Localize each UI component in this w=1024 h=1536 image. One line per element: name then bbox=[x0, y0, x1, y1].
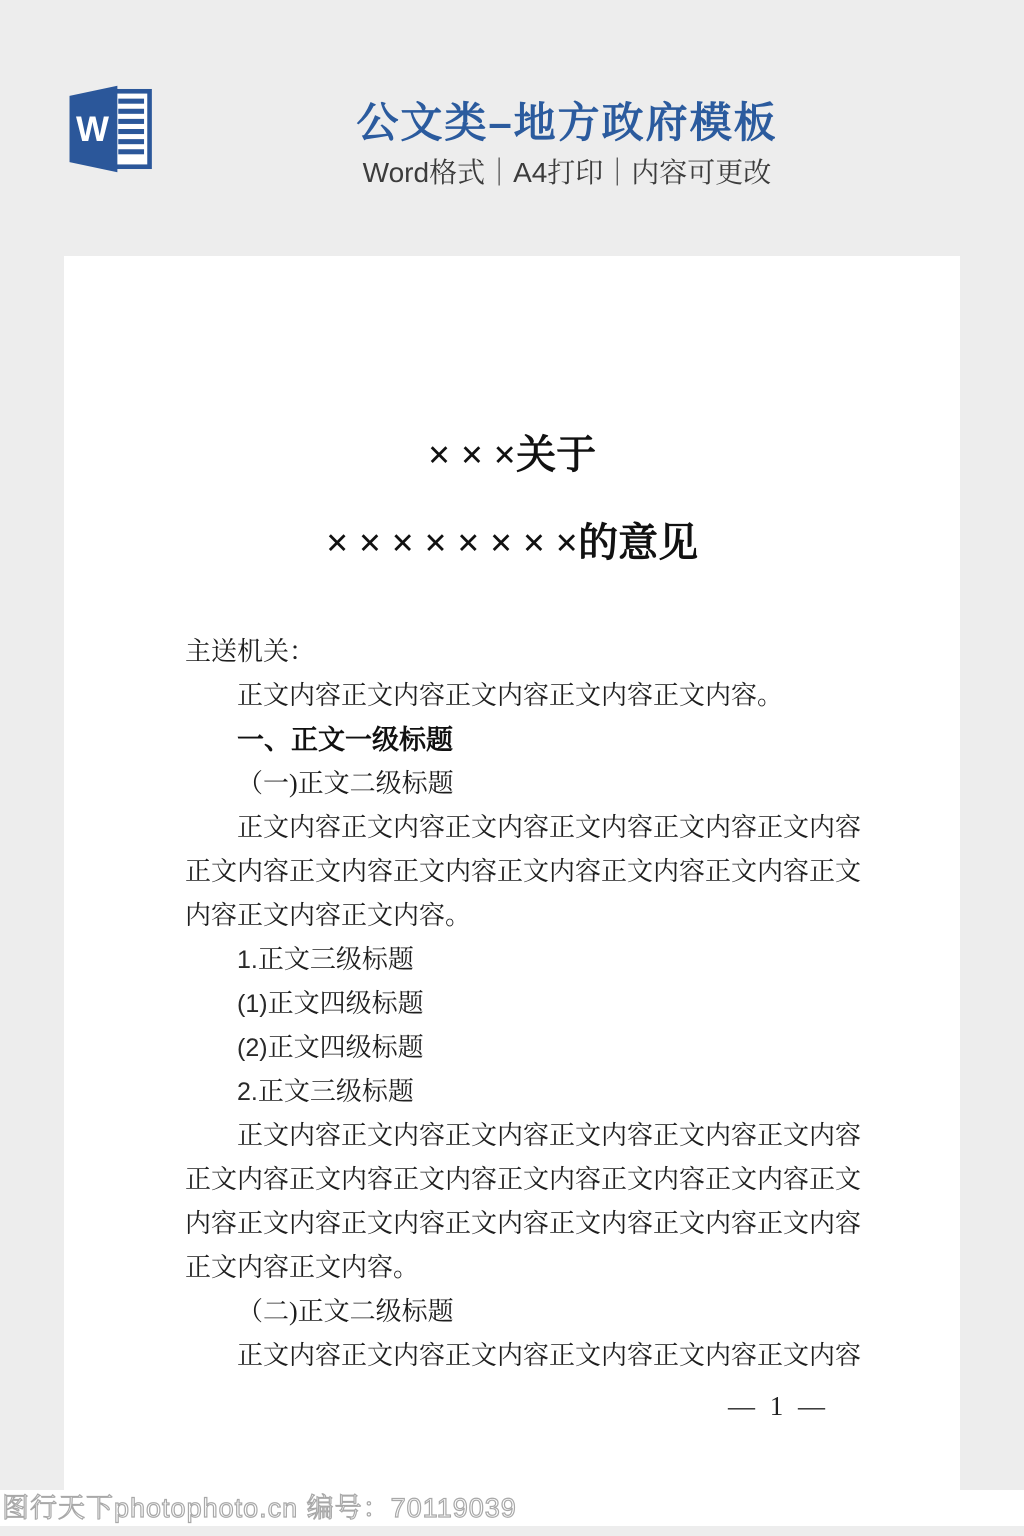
doc-line: 内容正文内容正文内容。 bbox=[185, 894, 865, 938]
doc-title: × × ×关于× × × × × × × ×的意见 bbox=[64, 411, 960, 587]
line-number-prefix: (2) bbox=[237, 1034, 268, 1062]
doc-line: 2.正文三级标题 bbox=[185, 1070, 865, 1114]
doc-line: 内容正文内容正文内容正文内容正文内容正文内容正文内容 bbox=[185, 1202, 865, 1246]
doc-title-line: × × × × × × × ×的意见 bbox=[64, 499, 960, 587]
page-background: W 公文类–地方政府模板 Word格式｜A4打印｜内容可更改 × × ×关于× … bbox=[0, 0, 1024, 1536]
doc-line: 1.正文三级标题 bbox=[185, 938, 865, 982]
page-number: — 1 — bbox=[728, 1390, 825, 1422]
doc-line: 一、正文一级标题 bbox=[185, 718, 865, 762]
doc-line: 正文内容正文内容正文内容正文内容正文内容正文内容正文 bbox=[185, 1158, 865, 1202]
header-title: 公文类–地方政府模板 bbox=[110, 98, 1024, 148]
doc-line: 主送机关： bbox=[185, 630, 865, 674]
doc-line: 正文内容正文内容正文内容正文内容正文内容正文内容 bbox=[185, 1114, 865, 1158]
doc-body: 主送机关：正文内容正文内容正文内容正文内容正文内容。一、正文一级标题（一)正文二… bbox=[185, 630, 865, 1378]
document-paper: × × ×关于× × × × × × × ×的意见 主送机关：正文内容正文内容正… bbox=[64, 256, 960, 1536]
doc-line: (1)正文四级标题 bbox=[185, 982, 865, 1026]
doc-title-line: × × ×关于 bbox=[64, 411, 960, 499]
line-number-prefix: 2. bbox=[237, 1078, 258, 1106]
doc-line: 正文内容正文内容正文内容正文内容正文内容正文内容 bbox=[185, 806, 865, 850]
doc-line: 正文内容正文内容。 bbox=[185, 1246, 865, 1290]
doc-line: 正文内容正文内容正文内容正文内容正文内容。 bbox=[185, 674, 865, 718]
header-subtitle: Word格式｜A4打印｜内容可更改 bbox=[110, 154, 1024, 192]
line-number-prefix: (1) bbox=[237, 990, 268, 1018]
doc-line: （一)正文二级标题 bbox=[185, 762, 865, 806]
watermark-bar: 图行天下photophoto.cn 编号：70119039 bbox=[0, 1490, 1024, 1526]
word-icon-w-letter: W bbox=[76, 110, 109, 149]
doc-line: (2)正文四级标题 bbox=[185, 1026, 865, 1070]
doc-line: 正文内容正文内容正文内容正文内容正文内容正文内容 bbox=[185, 1334, 865, 1378]
line-number-prefix: 1. bbox=[237, 946, 258, 974]
watermark-text: 图行天下photophoto.cn 编号：70119039 bbox=[2, 1490, 517, 1526]
bottom-strip bbox=[0, 1526, 1024, 1536]
header: W 公文类–地方政府模板 Word格式｜A4打印｜内容可更改 bbox=[0, 0, 1024, 256]
doc-line: 正文内容正文内容正文内容正文内容正文内容正文内容正文 bbox=[185, 850, 865, 894]
doc-line: （二)正文二级标题 bbox=[185, 1290, 865, 1334]
